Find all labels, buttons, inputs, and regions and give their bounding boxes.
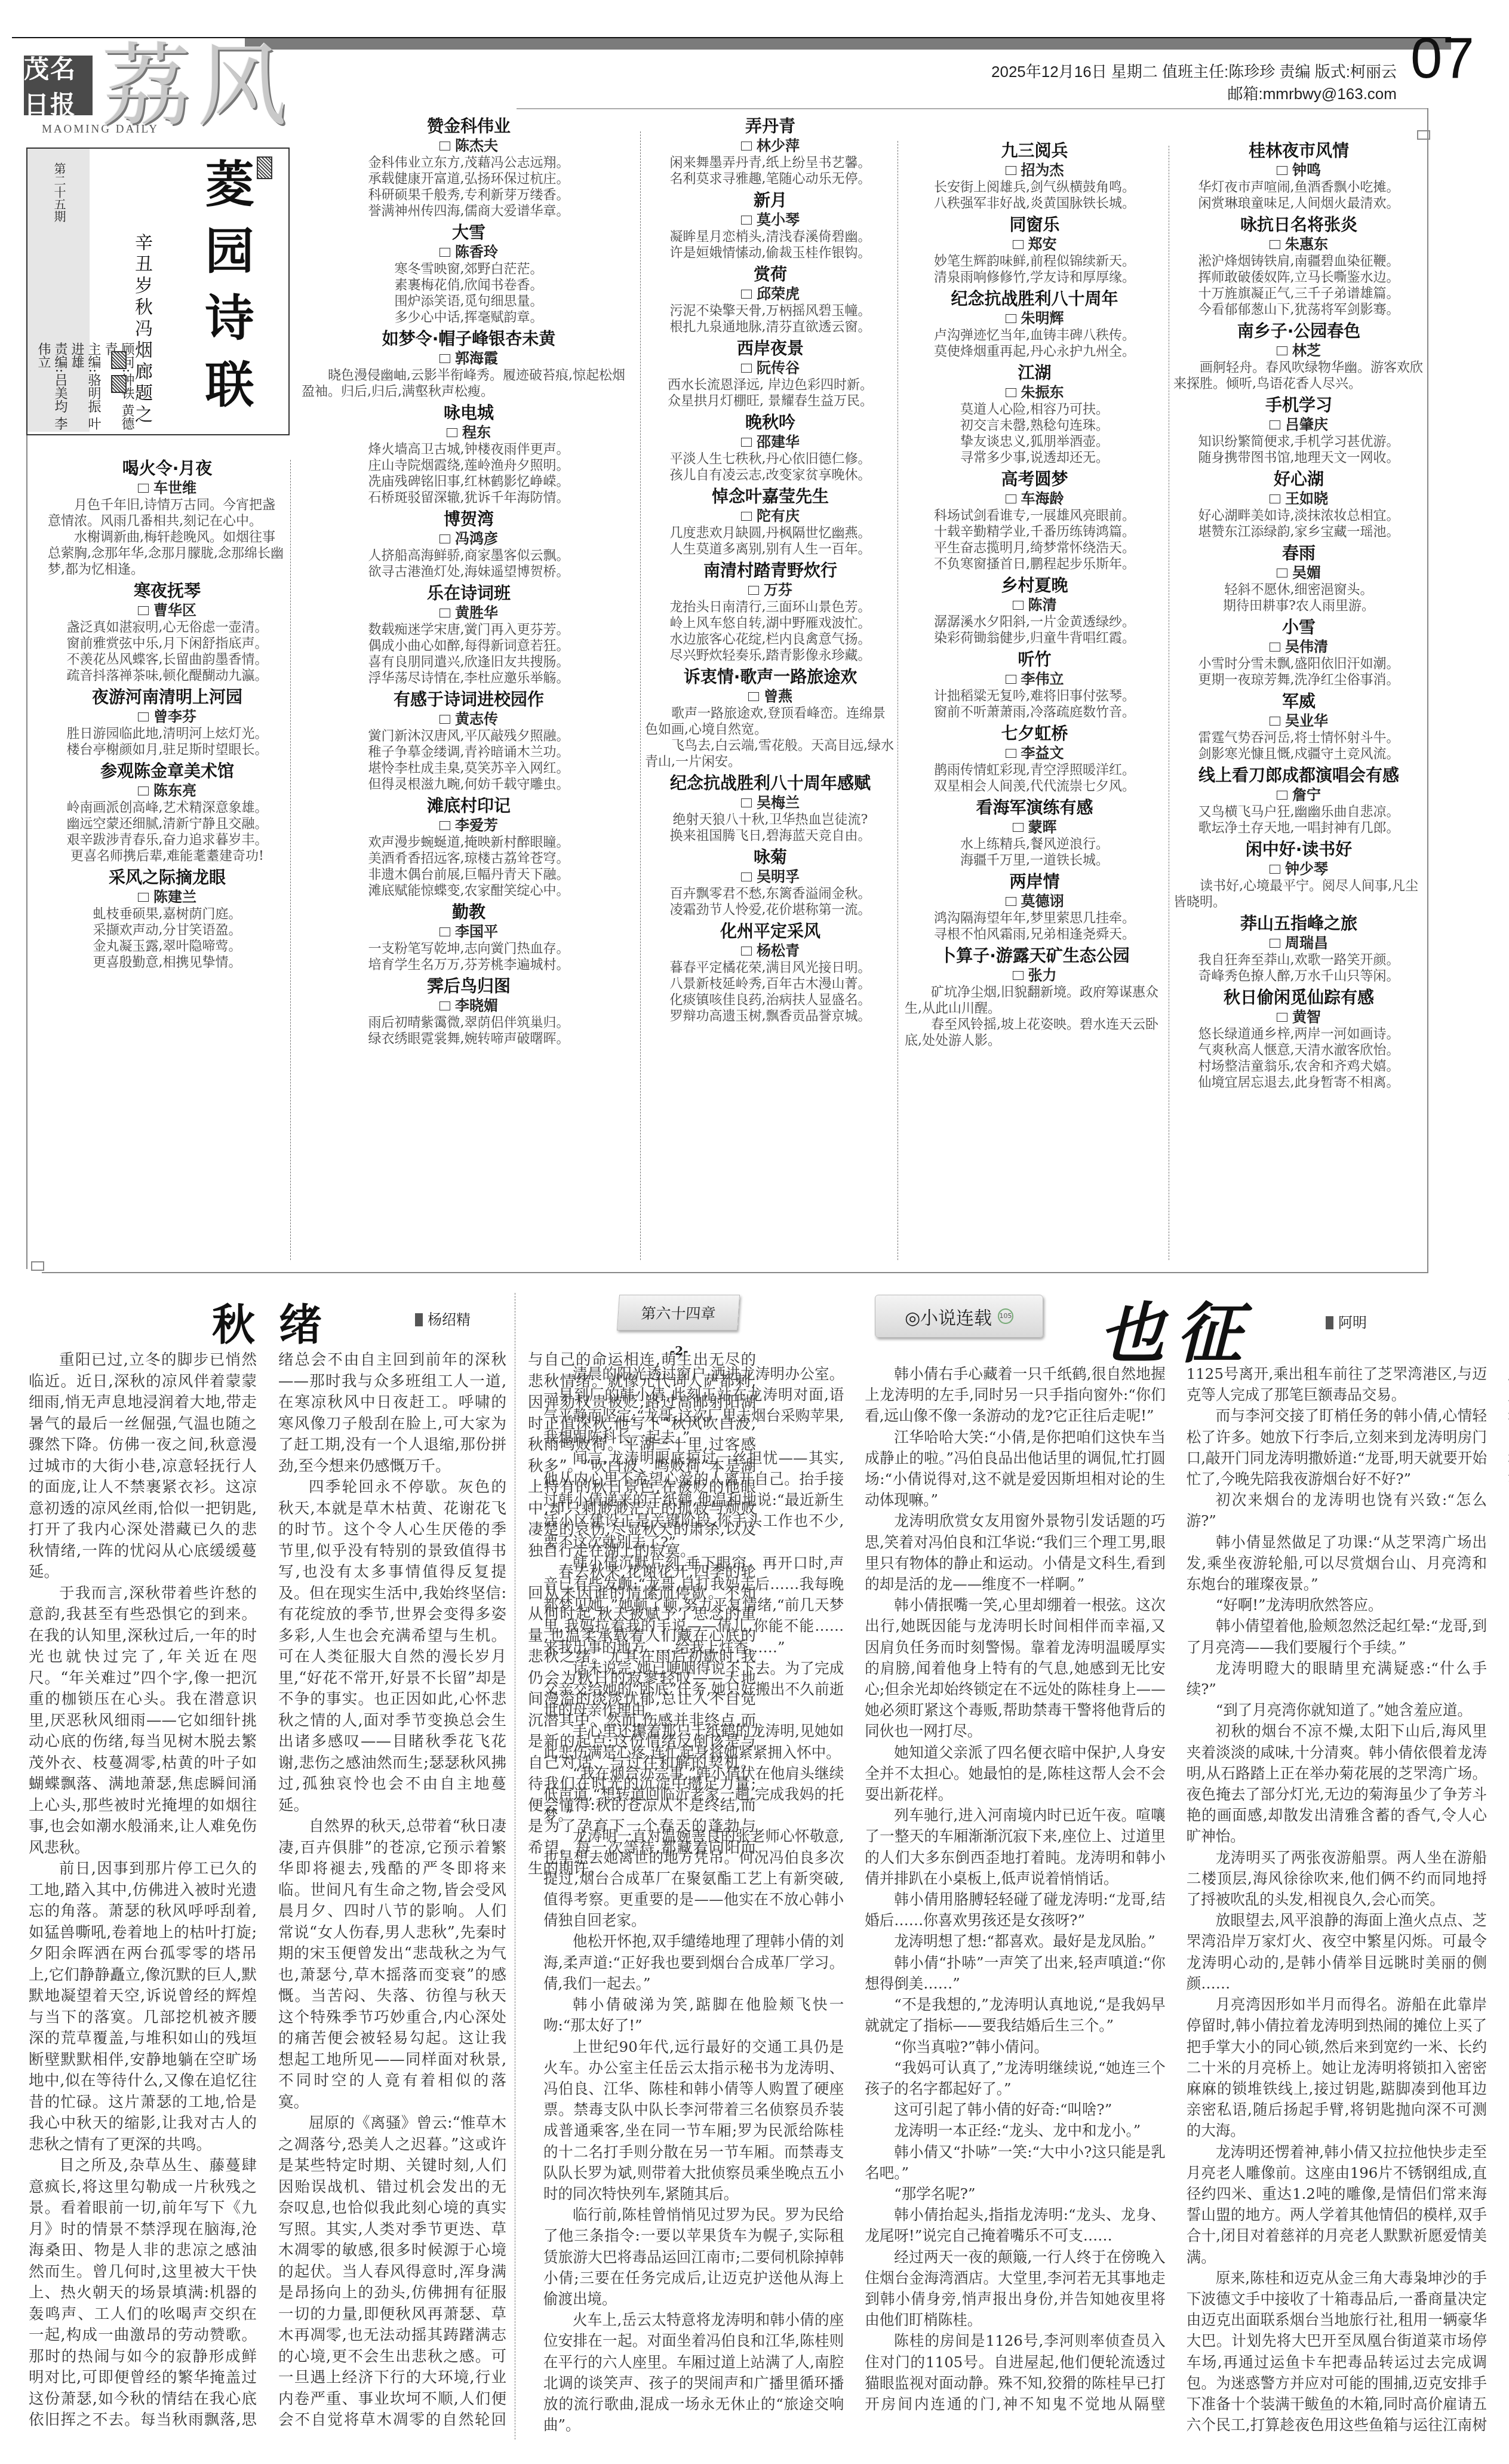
poem-title: 七夕虹桥 [905, 724, 1164, 744]
essay-title: 秋绪 [212, 1290, 346, 1352]
poem: 同窗乐郑安妙笔生辉韵味鲜,前程似锦续新天。清泉雨响修修竹,学友诗和厚厚缘。 [905, 215, 1164, 285]
poem-author: 吴业华 [1173, 712, 1424, 730]
chapter-part: -2- [670, 1344, 689, 1358]
poem-title: 咏菊 [645, 847, 896, 868]
frame-right-border [1427, 108, 1428, 1273]
email: 邮箱:mmrbwy@163.com [1227, 82, 1397, 104]
poem-author: 陀有庆 [645, 507, 896, 525]
poem-title: 勤教 [302, 902, 636, 923]
serial-novel-badge: ◎小说连载 105 [875, 1295, 1043, 1338]
date-and-editors: 2025年12月16日 星期二 值班主任:陈珍珍 责编 版式:柯丽云 [991, 60, 1397, 82]
poem-title: 西岸夜景 [645, 339, 896, 359]
poem-column-2: 赞金科伟业陈杰夫金科伟业立东方,茂藉冯公志远翔。承载健康开富道,弘扬环保过杭庄。… [302, 116, 636, 1050]
poem-author: 陈香玲 [302, 243, 636, 261]
square-icon [1270, 420, 1280, 429]
poem: 咏抗日名将张炎朱惠东淞沪烽烟铸铁肩,南疆碧血染征鞭。挥师敢破倭奴阵,立马长嘶鉴水… [1173, 215, 1424, 318]
calligraphy-title: 菱园诗联 [191, 158, 261, 426]
poem: 南乡子·公园春色林芝画舸轻舟。春风吹绿物华幽。游客欢欣来探胜。倾听,鸟语花香人尽… [1173, 321, 1424, 392]
seal-stamp-icon [111, 375, 127, 393]
poem-title: 赞金科伟业 [302, 116, 636, 137]
square-icon [138, 712, 149, 721]
frame-bottom-border [42, 1272, 1428, 1273]
installment-number: 105 [998, 1308, 1013, 1324]
poem-title: 诉衷情·歌声一路旅途欢 [645, 667, 896, 687]
poem-title: 纪念抗战胜利八十周年感赋 [645, 773, 896, 794]
poem-title: 九三阅兵 [905, 141, 1164, 161]
square-icon [748, 586, 759, 595]
poem-title: 大雪 [302, 223, 636, 243]
poem-author: 李晓媚 [302, 997, 636, 1015]
poem-title: 赏荷 [645, 265, 896, 285]
poem-title: 高考圆梦 [905, 469, 1164, 490]
poem-author: 陈清 [905, 596, 1164, 614]
poem-author: 张力 [905, 966, 1164, 984]
column-divider [640, 131, 641, 1260]
poem: 南清村踏青野炊行万芬龙抬头日南清行,三面环山景色芳。岭上风车悠自转,湖中野雁戏波… [645, 561, 896, 663]
square-icon [1006, 897, 1016, 906]
poem-author: 曾李芬 [48, 708, 287, 726]
issue-number: 第二十五期 [48, 162, 66, 222]
poem: 莽山五指峰之旅周瑞昌我自狂奔至莽山,欢歌一路笑开颜。奇峰秀色撩人醉,万水千山只等… [1173, 914, 1424, 984]
poem-author: 詹宁 [1173, 786, 1424, 804]
square-icon [1006, 388, 1016, 397]
frame-corner-ornament [31, 1261, 44, 1271]
poem-title: 喝火令·月夜 [48, 459, 287, 479]
poem-title: 看海军演练有感 [905, 798, 1164, 818]
poem-author: 莫小琴 [645, 211, 896, 229]
poem-author: 钟少琴 [1173, 860, 1424, 878]
poem: 秋日偷闲觅仙踪有感黄智悠长绿道通乡梓,两岸一河如画诗。气爽秋高人惬意,天清水澈客… [1173, 988, 1424, 1090]
poem-author: 吴媚 [1173, 564, 1424, 582]
frame-corner-ornament [1417, 130, 1430, 140]
square-icon [138, 786, 149, 795]
poem: 两岸情莫德诩鸿沟隔海望年年,梦里萦思几挂牵。寻根不怕风霜雨,兄弟相逢尧舜天。 [905, 872, 1164, 942]
poem-title: 同窗乐 [905, 215, 1164, 235]
poem: 线上看刀郎成都演唱会有感詹宁又鸟横飞马户狂,幽幽乐曲自悲凉。歌坛净土存天地,一唱… [1173, 766, 1424, 836]
poem-title: 晚秋吟 [645, 413, 896, 433]
poem-title: 纪念抗战胜利八十周年 [905, 289, 1164, 309]
poem: 闲中好·读书好钟少琴读书好,心境最平宁。阅尽人间事,凡尘皆晓明。 [1173, 840, 1424, 910]
poem: 滩底村印记李爱芳欢声漫步蜿蜒道,掩映新村醉眼瞳。美酒肴香招远客,琼楼古荔耸苍穹。… [302, 796, 636, 899]
poem-author: 陈东亮 [48, 782, 287, 800]
poem: 军威吴业华雷霆气势吞河岳,将士情怀射斗牛。剑影寒光慷且慨,戍疆守土竞风流。 [1173, 692, 1424, 762]
poem-title: 秋日偷闲觅仙踪有感 [1173, 988, 1424, 1008]
poem-author: 曾燕 [645, 687, 896, 705]
poem-title: 悼念叶嘉莹先生 [645, 487, 896, 507]
poem-title: 卜算子·游露天矿生态公园 [905, 946, 1164, 966]
poem: 霁后鸟归图李晓媚雨后初晴紫霭微,翠荫侣伴筑巢归。绿衣绣眼霓裳舞,婉转啼声破曙晖。 [302, 976, 636, 1047]
poem-title: 线上看刀郎成都演唱会有感 [1173, 766, 1424, 786]
square-icon [1013, 240, 1024, 249]
section-title: 荔风 [102, 42, 293, 131]
column-divider [515, 1293, 515, 2440]
poem-title: 有感于诗词进校园作 [302, 690, 636, 710]
poem-author: 冯鸿彦 [302, 530, 636, 548]
square-icon [1270, 865, 1280, 874]
poem-author: 车世维 [48, 479, 287, 497]
poem: 如梦令·帽子峰银杏未黄郭海霞晓色漫侵幽岫,云影半衔峰秀。履迹破苔痕,惊起松烟盈袖… [302, 329, 636, 400]
poem-author: 王如晓 [1173, 490, 1424, 508]
poem-author: 蒙晖 [905, 818, 1164, 836]
poem: 咏菊吴明孚百卉飘零君不愁,东篱香溢闹金秋。凌霜劲节人怜爱,花价堪称第一流。 [645, 847, 896, 918]
square-icon [1013, 601, 1024, 610]
poem-author: 阮传谷 [645, 359, 896, 377]
poem-author: 郭海霞 [302, 349, 636, 367]
header-bar [245, 38, 1451, 50]
page-number: 07 [1410, 30, 1474, 87]
poem-author: 黄胜华 [302, 604, 636, 622]
poem-author: 吴明孚 [645, 868, 896, 886]
poem-author: 曹华区 [48, 601, 287, 619]
poem: 赏荷邱荣虎污泥不染擎天骨,万柄摇风碧玉幢。根扎九泉通地脉,清芬直欲透云窗。 [645, 265, 896, 335]
poem-title: 听竹 [905, 650, 1164, 670]
poem: 弄丹青林少萍闲来舞墨弄丹青,纸上纷呈书艺馨。名利莫求寻雅趣,笔随心动乐无停。 [645, 116, 896, 187]
square-icon [440, 248, 450, 257]
poem-author: 李爱芳 [302, 816, 636, 834]
poem-author: 朱明辉 [905, 309, 1164, 327]
square-icon [447, 428, 457, 437]
poem: 喝火令·月夜 车世维 月色千年旧,诗情万古同。今宵把盏意情浓。风雨几番相共,刻记… [48, 459, 287, 577]
poem-title: 咏抗日名将张炎 [1173, 215, 1424, 235]
square-icon [1277, 569, 1287, 577]
novel-title: 也征 [1099, 1281, 1254, 1375]
poem-author: 郑安 [905, 235, 1164, 253]
poem: 西岸夜景阮传谷西水长流恩泽远, 岸边色彩四时新。众星拱月灯棚旺, 景耀春生益万民… [645, 339, 896, 409]
poem-title: 春雨 [1173, 543, 1424, 564]
square-icon [741, 947, 752, 956]
poem: 勤教李国平一支粉笔写乾坤,志向黉门热血存。培育学生名万万,芬芳桃李遍城村。 [302, 902, 636, 973]
poem: 化州平定采风杨松青暮春平定橘花荣,满目风光接日明。八景新枝延岭秀,百年古木漫山菁… [645, 921, 896, 1024]
poem-column-3: 弄丹青林少萍闲来舞墨弄丹青,纸上纷呈书艺馨。名利莫求寻雅趣,笔随心动乐无停。 新… [645, 116, 896, 1028]
square-icon [138, 484, 149, 493]
poem: 七夕虹桥李益文鹊雨传情虹彩现,青空浮照暖洋红。双星相会人间羡,代代流崇七夕风。 [905, 724, 1164, 794]
square-icon [1006, 675, 1016, 684]
square-icon [1270, 939, 1280, 948]
square-icon [1006, 166, 1016, 175]
poem-author: 李益文 [905, 744, 1164, 762]
poem: 乐在诗词班黄胜华数载痴迷学宋唐,黉门再入更芬芳。偶成小曲心如醉,每得新词意若狂。… [302, 583, 636, 686]
square-icon [748, 692, 759, 701]
square-icon [741, 872, 752, 881]
poem-author: 陈建兰 [48, 888, 287, 906]
poem-author: 周瑞昌 [1173, 934, 1424, 952]
poem-author: 李伟立 [905, 670, 1164, 688]
poem: 九三阅兵招为杰长安街上阅雄兵,剑气纵横鼓角鸣。八秩强军非好战,炎黄国脉铁长城。 [905, 141, 1164, 211]
poem-author: 钟鸣 [1173, 161, 1424, 179]
poem-title: 两岸情 [905, 872, 1164, 892]
poem: 好心湖王如晓好心湖畔美如诗,淡抹浓妆总相宜。堪赞东江添绿韵,家乡宝藏一瑶池。 [1173, 469, 1424, 540]
essay-byline: 杨绍精 [415, 1308, 471, 1329]
calligraphy-signature: 辛丑岁秋冯烟廊题之 [128, 233, 155, 426]
poem: 乡村夏晚陈清潺潺溪水夕阳斜,一片金黄透绿纱。染彩荷锄翁健步,归童牛背唱红霞。 [905, 576, 1164, 646]
poem: 诉衷情·歌声一路旅途欢曾燕歌声一路旅途欢,登顶看峰峦。连绵景色如画,心境自然宽。… [645, 667, 896, 770]
seal-stamp-icon [257, 156, 272, 179]
frame-left-border [26, 433, 27, 1269]
poem: 悼念叶嘉莹先生陀有庆几度悲欢月缺圆,丹枫隔世忆幽燕。人生莫道多离别,别有人生一百… [645, 487, 896, 557]
square-icon [1013, 823, 1024, 832]
column-divider [1169, 146, 1169, 1260]
poem: 江湖朱振东莫道人心险,相容乃可扶。初交言未罄,熟稔句连珠。挚友谈忠义,狐朋举酒壶… [905, 363, 1164, 466]
square-icon [741, 142, 752, 150]
square-icon [741, 798, 752, 807]
byline-marker-icon [1326, 1316, 1333, 1329]
poem-author: 朱惠东 [1173, 235, 1424, 253]
square-icon [741, 364, 752, 373]
poem: 看海军演练有感蒙晖水上练精兵,餐风逆浪行。海疆千万里,一道铁长城。 [905, 798, 1164, 868]
poem-title: 桂林夜市风情 [1173, 141, 1424, 161]
poem-title: 寒夜抚琴 [48, 581, 287, 601]
poem-column-4: 九三阅兵招为杰长安街上阅雄兵,剑气纵横鼓角鸣。八秩强军非好战,炎黄国脉铁长城。 … [905, 141, 1164, 1052]
poem: 手机学习吕肇庆知识纷繁简便求,手机学习甚优游。随身携带图书馆,地理天文一网收。 [1173, 395, 1424, 466]
poem-title: 乐在诗词班 [302, 583, 636, 604]
poem: 咏电城程东烽火墙高卫古城,钟楼夜雨伴更声。庄山寺院烟霞绕,莲岭渔舟夕照明。冼庙残… [302, 403, 636, 506]
poem-title: 霁后鸟归图 [302, 976, 636, 997]
poem-author: 邱荣虎 [645, 285, 896, 303]
poem-title: 夜游河南清明上河园 [48, 687, 287, 708]
poem-title: 参观陈金章美术馆 [48, 761, 287, 782]
poem-title: 手机学习 [1173, 395, 1424, 416]
square-icon [440, 927, 450, 936]
square-icon [1006, 749, 1016, 758]
poem-author: 杨松青 [645, 942, 896, 960]
square-icon [440, 821, 450, 830]
poem-title: 采风之际摘龙眼 [48, 868, 287, 888]
poem: 夜游河南清明上河园 曾李芬 胜日游园临此地,清明河上炫灯光。 楼台亭榭颜如月,驻… [48, 687, 287, 758]
square-icon [440, 534, 450, 543]
square-icon [741, 512, 752, 521]
newspaper-logo: 茂名日报 [24, 56, 93, 115]
poem: 有感于诗词进校园作黄志传黉门新沐汉唐风,平仄敲残夕照融。稚子争摹金缕调,青衿暗诵… [302, 690, 636, 792]
poem: 桂林夜市风情钟鸣华灯夜市声喧闹,鱼酒香飘小吃摊。闲赏琳琅童味足,人间烟火最清欢。 [1173, 141, 1424, 211]
poem-title: 博贺湾 [302, 509, 636, 530]
poem-author: 朱振东 [905, 383, 1164, 401]
poem-title: 滩底村印记 [302, 796, 636, 816]
poem-title: 莽山五指峰之旅 [1173, 914, 1424, 934]
column-divider [898, 141, 898, 1260]
square-icon [1270, 240, 1280, 249]
poem-column-1: 喝火令·月夜 车世维 月色千年旧,诗情万古同。今宵把盏意情浓。风雨几番相共,刻记… [48, 459, 287, 974]
square-icon [138, 893, 149, 902]
poem-title: 新月 [645, 191, 896, 211]
poem: 纪念抗战胜利八十周年朱明辉卢沟弹迹忆当年,血铸丰碑八秩传。莫使烽烟重再起,丹心永… [905, 289, 1164, 360]
essay-body: 重阳已过,立冬的脚步已悄然临近。近日,深秋的凉风伴着蒙蒙细雨,悄无声息地浸润着大… [29, 1350, 506, 2443]
square-icon [138, 606, 149, 615]
poem-author: 黄智 [1173, 1008, 1424, 1026]
poem-title: 咏电城 [302, 403, 636, 423]
square-icon [1013, 971, 1024, 980]
square-icon [440, 1001, 450, 1010]
square-icon [440, 354, 450, 363]
poem-author: 莫德诩 [905, 892, 1164, 910]
square-icon [1270, 643, 1280, 652]
poem: 小雪吴伟清小雪时分雪未飘,盛阳依旧汗如潮。更期一夜琼芳舞,洗净红尘俗事消。 [1173, 617, 1424, 688]
poem-title: 南乡子·公园春色 [1173, 321, 1424, 342]
poem: 晚秋吟邵建华平淡人生七秩秋,丹心依旧德仁修。孩儿自有凌云志,改变家贫享晚休。 [645, 413, 896, 483]
poem-column-5: 桂林夜市风情钟鸣华灯夜市声喧闹,鱼酒香飘小吃摊。闲赏琳琅童味足,人间烟火最清欢。… [1173, 141, 1424, 1094]
poem: 参观陈金章美术馆 陈东亮 岭南画派创高峰,艺术精深意象雄。 幽远空蒙还细腻,清新… [48, 761, 287, 864]
poem-author: 车海龄 [905, 490, 1164, 508]
square-icon [1277, 1013, 1287, 1022]
poem-title: 化州平定采风 [645, 921, 896, 942]
byline-marker-icon [415, 1313, 423, 1326]
square-icon [440, 609, 450, 617]
poem: 纪念抗战胜利八十周年感赋吴梅兰绝射天狼八十秋,卫华热血岂徒流?换来祖国腾飞日,碧… [645, 773, 896, 844]
square-icon [440, 142, 450, 150]
poem: 新月莫小琴凝眸星月恋梢头,清浅春溪倚碧幽。许是姮娥情愫动,偷裁玉桂作银钩。 [645, 191, 896, 261]
square-icon [1270, 494, 1280, 503]
poem: 卜算子·游露天矿生态公园张力矿坑净尘烟,旧貌翻新境。政府筹谋惠众生,从此山川醒。… [905, 946, 1164, 1049]
poem-author: 邵建华 [645, 433, 896, 451]
square-icon [1006, 314, 1016, 323]
poem-title: 闲中好·读书好 [1173, 840, 1424, 860]
poem: 赞金科伟业陈杰夫金科伟业立东方,茂藉冯公志远翔。承载健康开富道,弘扬环保过杭庄。… [302, 116, 636, 219]
poem-title: 好心湖 [1173, 469, 1424, 490]
poem-author: 程东 [302, 423, 636, 441]
square-icon [1006, 494, 1016, 503]
poem-author: 林少萍 [645, 137, 896, 155]
poem-title: 乡村夏晚 [905, 576, 1164, 596]
poem-author: 招为杰 [905, 161, 1164, 179]
square-icon [1270, 717, 1280, 726]
poem-title: 小雪 [1173, 617, 1424, 638]
poem-title: 南清村踏青野炊行 [645, 561, 896, 581]
column-divider [290, 460, 291, 1260]
poem-author: 吴梅兰 [645, 794, 896, 812]
poem: 高考圆梦车海龄科场试剑看谁专,一展雄风亮眼前。十载辛勤精学业,千番历练铸鸿篇。平… [905, 469, 1164, 572]
square-icon [1277, 791, 1287, 800]
poem-author: 吕肇庆 [1173, 416, 1424, 434]
poem-title: 如梦令·帽子峰银杏未黄 [302, 329, 636, 349]
poem-author: 陈杰夫 [302, 137, 636, 155]
poem-author: 黄志传 [302, 710, 636, 728]
poem-title: 江湖 [905, 363, 1164, 383]
poem-author: 万芬 [645, 581, 896, 599]
poem: 寒夜抚琴 曹华区 盏泛真如湛寂明,心无俗虑一壶清。 窗前雅赏弦中乐,月下闲舒指底… [48, 581, 287, 684]
poem: 大雪陈香玲寒冬雪映窗,郊野白茫茫。素裹梅花俏,欣闻书卷香。围炉添笑语,觅句细思量… [302, 223, 636, 325]
square-icon [741, 290, 752, 299]
poem-author: 林芝 [1173, 342, 1424, 360]
novel-body: 清晨的阳光透过窗户,洒进龙涛明办公室。一早到厂的韩小倩,此刻正站在龙涛明对面,语… [543, 1363, 1487, 2450]
poem: 听竹李伟立计拙稻粱无复吟,难将旧事付弦琴。窗前不听萧萧雨,冷落疏庭数竹音。 [905, 650, 1164, 720]
square-icon [1277, 166, 1287, 175]
poem-author: 李国平 [302, 923, 636, 941]
poem-author: 吴伟清 [1173, 638, 1424, 656]
square-icon [1277, 346, 1287, 355]
square-icon [440, 715, 450, 724]
frame-top-border [517, 108, 1427, 109]
poem: 博贺湾冯鸿彦人挤船高海鲜骄,商家墨客似云飘。欲寻古港渔灯处,海妹遥望博贺桥。 [302, 509, 636, 580]
chapter-badge: 第六十四章 [617, 1295, 740, 1331]
poem: 采风之际摘龙眼 陈建兰 虬枝垂硕果,嘉树荫门庭。 采撷欢声动,分甘笑语盈。 金丸… [48, 868, 287, 970]
poem-title: 军威 [1173, 692, 1424, 712]
square-icon [741, 438, 752, 447]
seal-stamp-icon [111, 351, 127, 369]
poem-title: 弄丹青 [645, 116, 896, 137]
square-icon [741, 216, 752, 225]
novel-byline: 阿明 [1326, 1311, 1367, 1332]
poem: 春雨吴媚轻斜不愿休,细密浥窗头。期待田耕事?农人雨里游。 [1173, 543, 1424, 614]
